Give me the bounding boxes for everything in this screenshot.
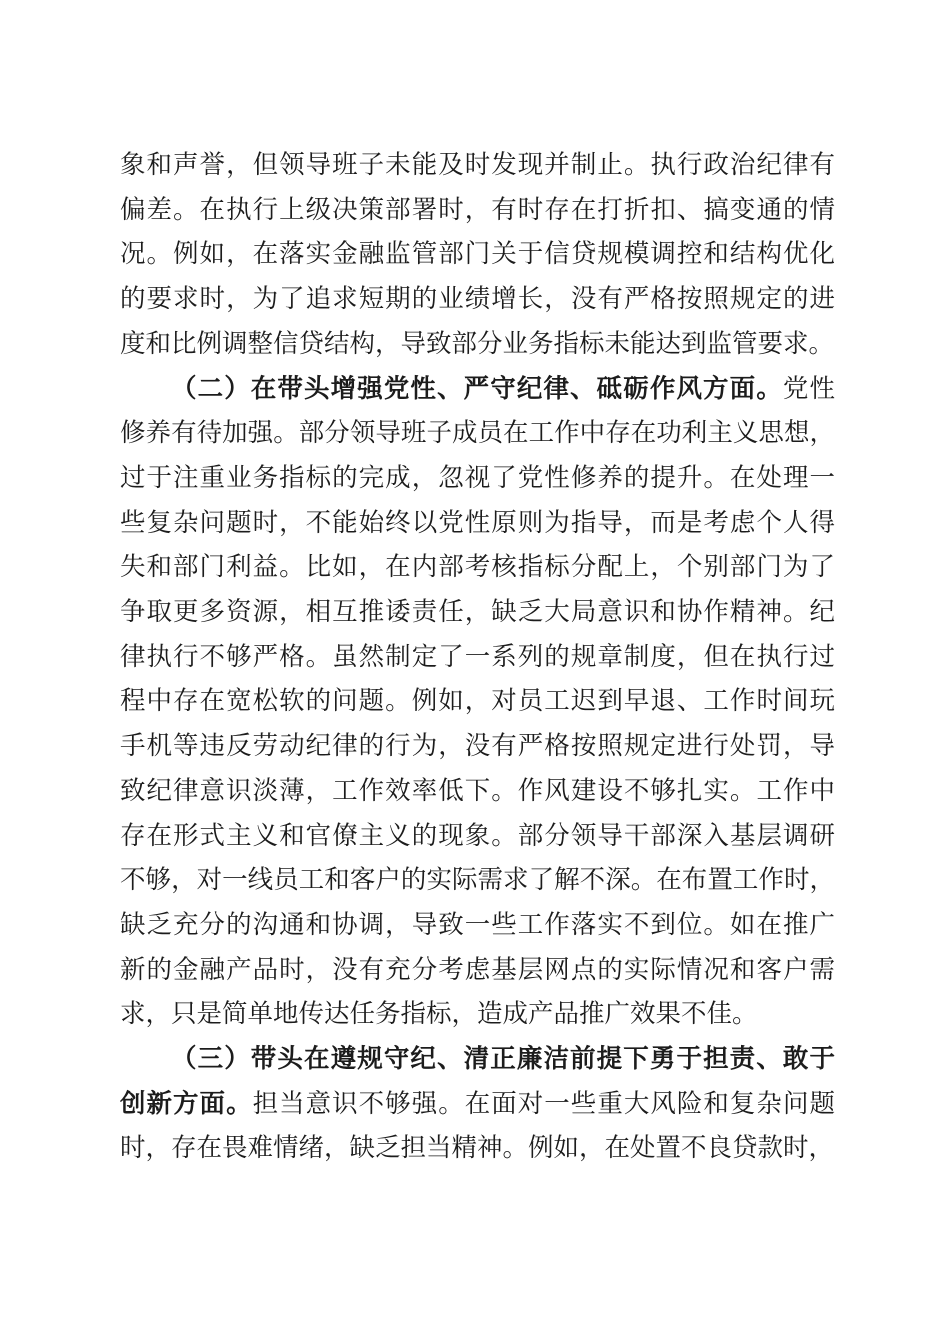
document-page: 象和声誉，但领导班子未能及时发现并制止。执行政治纪律有偏差。在执行上级决策部署时… — [0, 0, 950, 1344]
body-text: 不够，对一线员工和客户的实际需求了解不深。在布置工作时， — [120, 865, 835, 894]
body-text: 度和比例调整信贷结构，导致部分业务指标未能达到监管要求。 — [120, 329, 834, 358]
text-line: 争取更多资源，相互推诿责任，缺乏大局意识和协作精神。纪 — [120, 590, 835, 635]
body-text: 偏差。在执行上级决策部署时，有时存在打折扣、搞变通的情 — [120, 195, 835, 224]
body-text: 致纪律意识淡薄，工作效率低下。作风建设不够扎实。工作中 — [120, 776, 835, 805]
body-text: 担当意识不够强。在面对一些重大风险和复杂问题 — [253, 1089, 835, 1118]
body-text: 况。例如，在落实金融监管部门关于信贷规模调控和结构优化 — [120, 239, 835, 268]
bold-heading-text: （二）在带头增强党性、严守纪律、砥砺作风方面。 — [171, 374, 783, 403]
body-text: 求，只是简单地传达任务指标，造成产品推广效果不佳。 — [120, 999, 758, 1028]
body-text: 新的金融产品时，没有充分考虑基层网点的实际情况和客户需 — [120, 955, 835, 984]
text-line: 程中存在宽松软的问题。例如，对员工迟到早退、工作时间玩 — [120, 679, 835, 724]
text-line: 致纪律意识淡薄，工作效率低下。作风建设不够扎实。工作中 — [120, 769, 835, 814]
text-line: 的要求时，为了追求短期的业绩增长，没有严格按照规定的进 — [120, 277, 835, 322]
text-line: 律执行不够严格。虽然制定了一系列的规章制度，但在执行过 — [120, 635, 835, 680]
text-line: 失和部门利益。比如，在内部考核指标分配上，个别部门为了 — [120, 545, 835, 590]
body-text: 律执行不够严格。虽然制定了一系列的规章制度，但在执行过 — [120, 642, 835, 671]
text-line: （三）带头在遵规守纪、清正廉洁前提下勇于担责、敢于 — [120, 1037, 835, 1082]
text-line: 新的金融产品时，没有充分考虑基层网点的实际情况和客户需 — [120, 948, 835, 993]
body-text: 程中存在宽松软的问题。例如，对员工迟到早退、工作时间玩 — [120, 686, 835, 715]
text-line: 象和声誉，但领导班子未能及时发现并制止。执行政治纪律有 — [120, 143, 835, 188]
body-text: 失和部门利益。比如，在内部考核指标分配上，个别部门为了 — [120, 552, 835, 581]
text-line: 修养有待加强。部分领导班子成员在工作中存在功利主义思想， — [120, 411, 835, 456]
text-line: 不够，对一线员工和客户的实际需求了解不深。在布置工作时， — [120, 858, 835, 903]
body-text: 缺乏充分的沟通和协调，导致一些工作落实不到位。如在推广 — [120, 910, 835, 939]
bold-heading-text: 创新方面。 — [120, 1089, 253, 1118]
text-line: （二）在带头增强党性、严守纪律、砥砺作风方面。党性 — [120, 367, 835, 412]
text-line: 些复杂问题时，不能始终以党性原则为指导，而是考虑个人得 — [120, 501, 835, 546]
body-text: 过于注重业务指标的完成，忽视了党性修养的提升。在处理一 — [120, 463, 835, 492]
body-text: 存在形式主义和官僚主义的现象。部分领导干部深入基层调研 — [120, 821, 835, 850]
bold-heading-text: （三）带头在遵规守纪、清正廉洁前提下勇于担责、敢于 — [171, 1044, 835, 1073]
body-text: 修养有待加强。部分领导班子成员在工作中存在功利主义思想， — [120, 418, 835, 447]
body-text: 些复杂问题时，不能始终以党性原则为指导，而是考虑个人得 — [120, 508, 835, 537]
body-text: 争取更多资源，相互推诿责任，缺乏大局意识和协作精神。纪 — [120, 597, 835, 626]
text-line: 手机等违反劳动纪律的行为，没有严格按照规定进行处罚，导 — [120, 724, 835, 769]
document-text: 象和声誉，但领导班子未能及时发现并制止。执行政治纪律有偏差。在执行上级决策部署时… — [120, 143, 835, 1171]
text-line: 求，只是简单地传达任务指标，造成产品推广效果不佳。 — [120, 992, 835, 1037]
body-text: 党性 — [783, 374, 835, 403]
text-line: 偏差。在执行上级决策部署时，有时存在打折扣、搞变通的情 — [120, 188, 835, 233]
body-text: 象和声誉，但领导班子未能及时发现并制止。执行政治纪律有 — [120, 150, 835, 179]
text-line: 过于注重业务指标的完成，忽视了党性修养的提升。在处理一 — [120, 456, 835, 501]
text-line: 时，存在畏难情绪，缺乏担当精神。例如，在处置不良贷款时， — [120, 1126, 835, 1171]
body-text: 手机等违反劳动纪律的行为，没有严格按照规定进行处罚，导 — [120, 731, 835, 760]
body-text: 的要求时，为了追求短期的业绩增长，没有严格按照规定的进 — [120, 284, 835, 313]
text-line: 创新方面。担当意识不够强。在面对一些重大风险和复杂问题 — [120, 1082, 835, 1127]
text-line: 存在形式主义和官僚主义的现象。部分领导干部深入基层调研 — [120, 814, 835, 859]
text-line: 缺乏充分的沟通和协调，导致一些工作落实不到位。如在推广 — [120, 903, 835, 948]
text-line: 度和比例调整信贷结构，导致部分业务指标未能达到监管要求。 — [120, 322, 835, 367]
text-line: 况。例如，在落实金融监管部门关于信贷规模调控和结构优化 — [120, 232, 835, 277]
body-text: 时，存在畏难情绪，缺乏担当精神。例如，在处置不良贷款时， — [120, 1133, 834, 1162]
